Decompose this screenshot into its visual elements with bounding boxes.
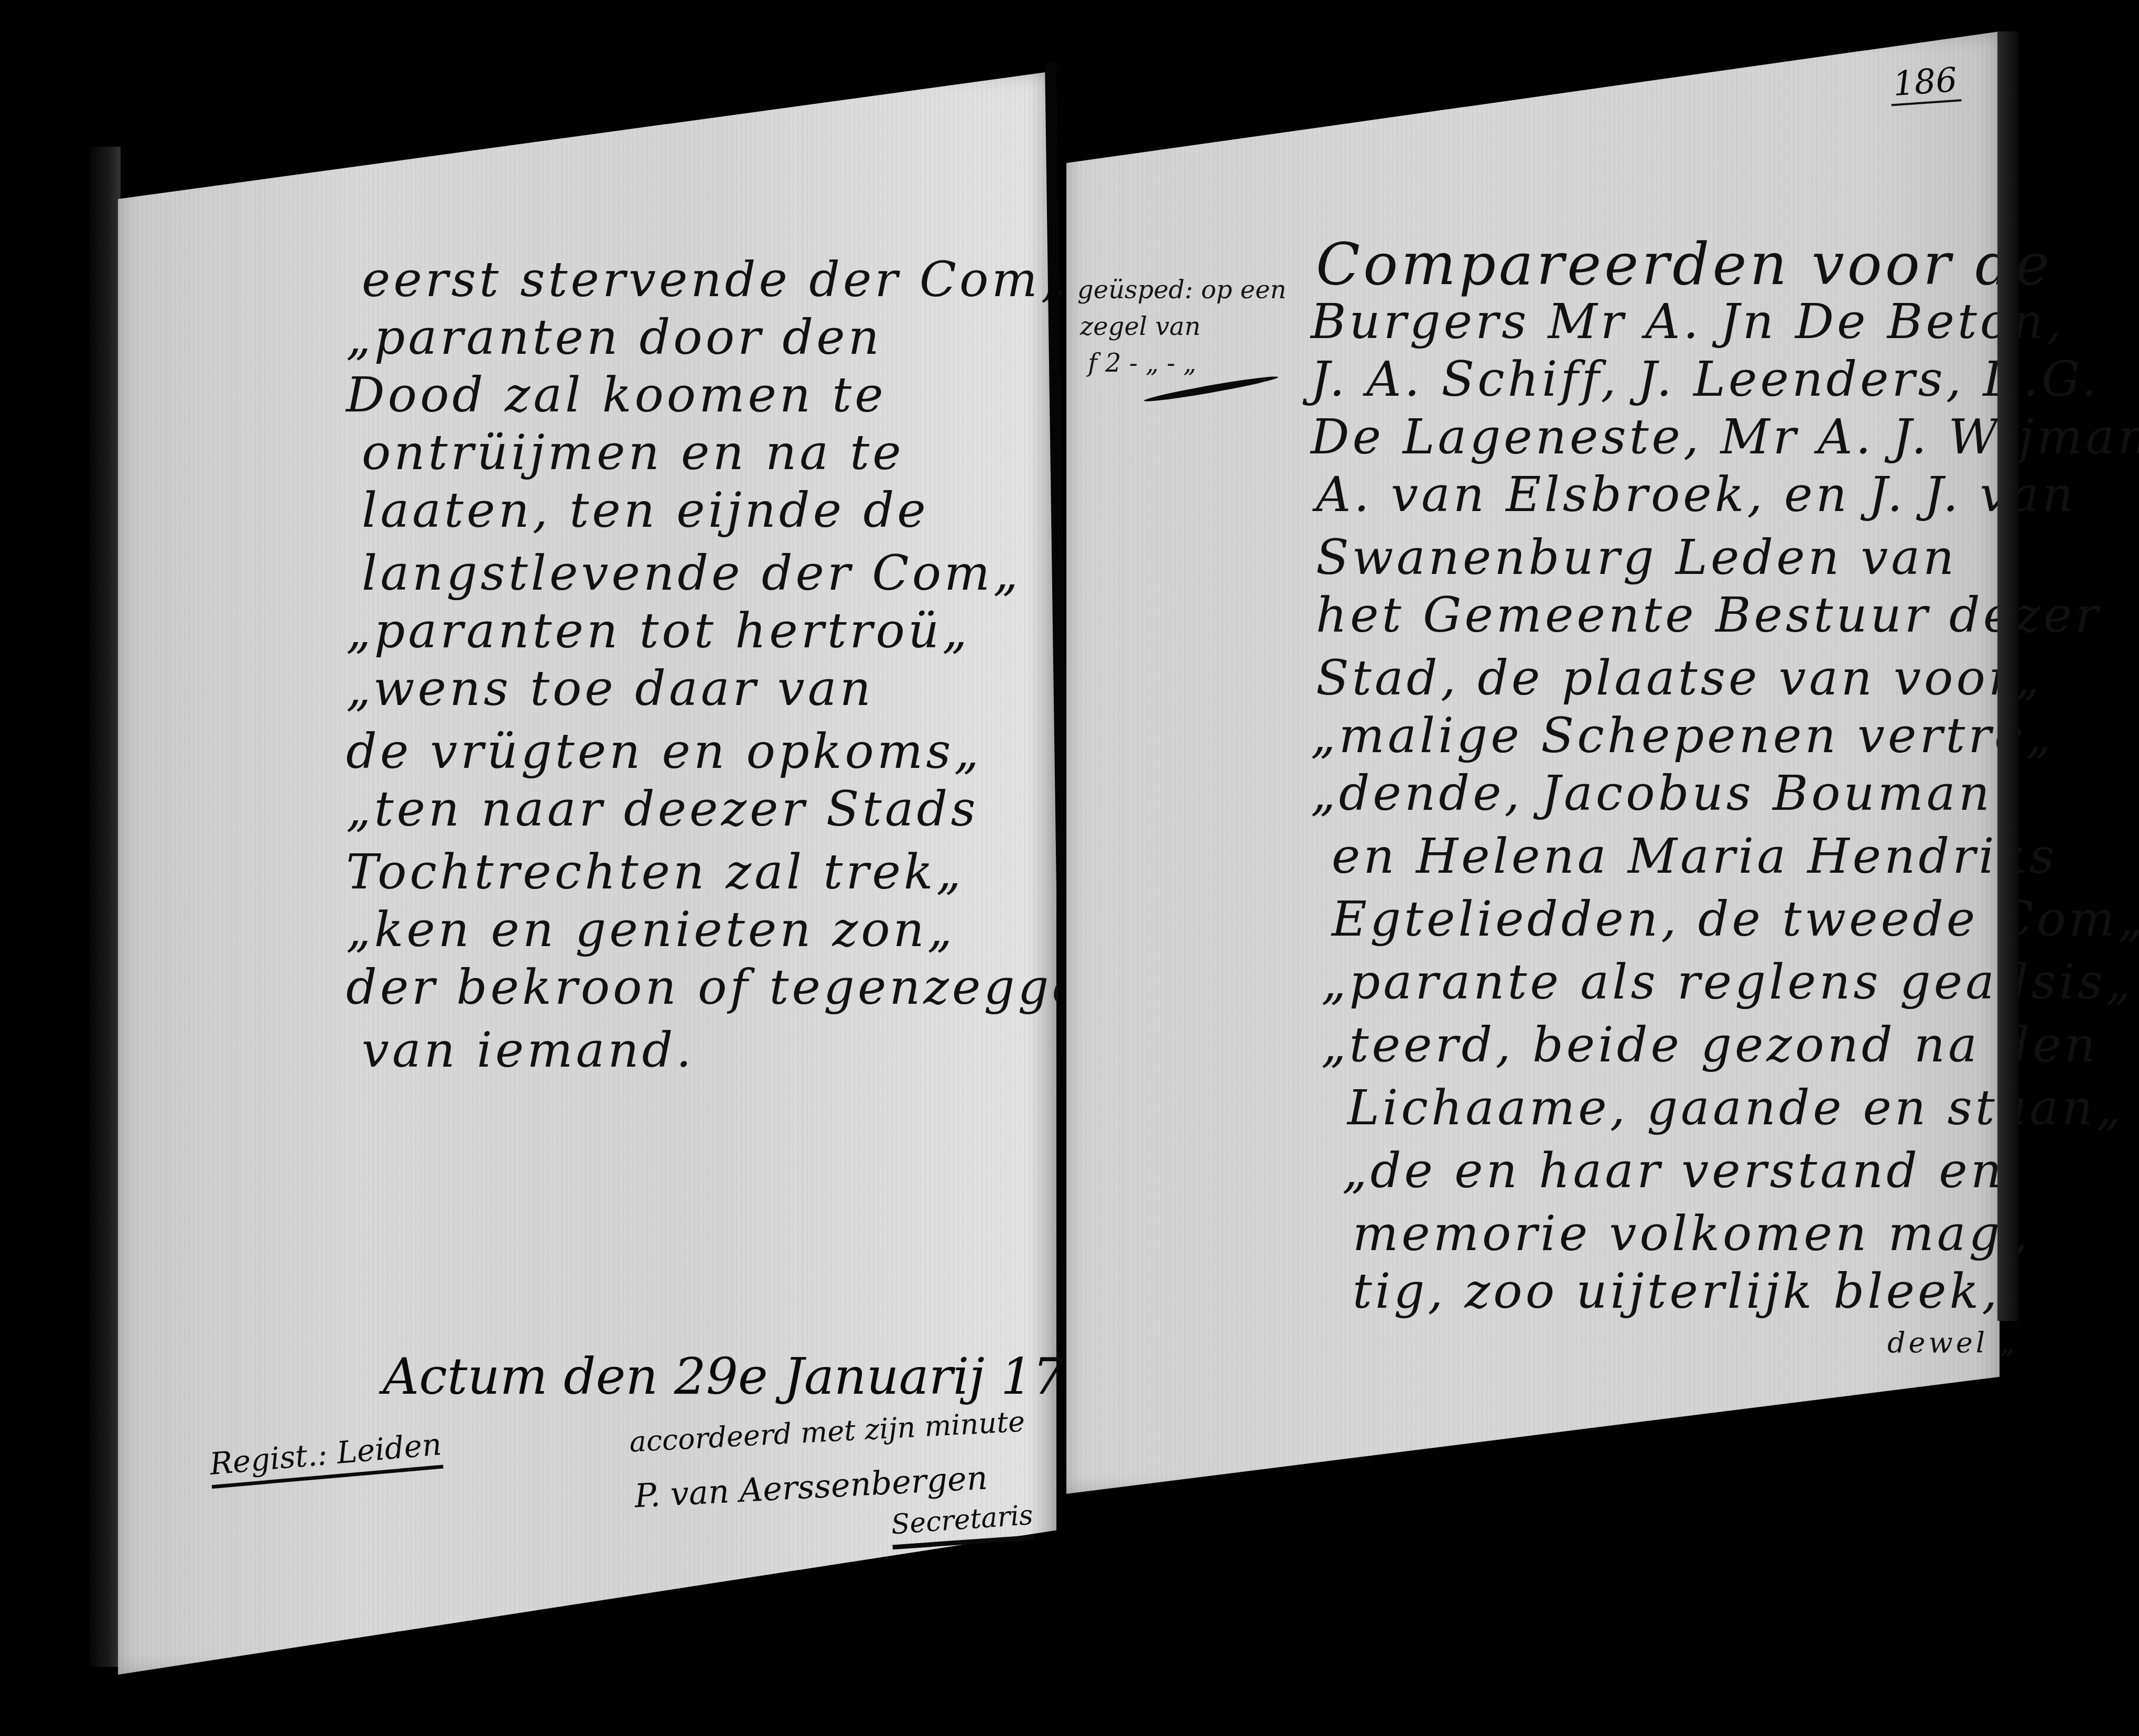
right-line-3: J. A. Schiff, J. Leenders, D.G. (1311, 351, 2100, 407)
left-line-3: Dood zal koomen te (346, 367, 887, 423)
book-edge-left (89, 147, 121, 1667)
left-line-14: van iemand. (362, 1022, 695, 1078)
right-line-8: Stad, de plaatse van voor„ (1316, 650, 2043, 706)
folio-number: 186 (1888, 60, 1961, 106)
left-line-12: „ken en genieten zon„ (346, 902, 955, 958)
margin-note-line-1: geüsped: op een (1077, 275, 1287, 305)
right-line-7: het Gemeente Bestuur dezer (1316, 587, 2101, 643)
book-edge-right (1997, 31, 2018, 1321)
left-line-8: „wens toe daar van (346, 660, 874, 717)
right-line-5: A. van Elsbroek, en J. J. van (1316, 466, 2076, 523)
right-line-10: „dende, Jacobus Bouman (1311, 765, 1993, 821)
left-line-7: „paranten tot hertroü„ (346, 603, 970, 659)
right-line-14: „teerd, beide gezond na den (1321, 1017, 2099, 1073)
actum-date-line: Actum den 29e Januarij 1799 (383, 1347, 1129, 1406)
right-line-6: Swanenburg Leden van (1316, 529, 1957, 585)
right-line-1: Compareerden voor de (1316, 231, 2052, 298)
left-line-11: Tochtrechten zal trek„ (346, 844, 964, 900)
margin-note-line-3: f 2 - „ - „ (1088, 349, 1196, 378)
margin-note-line-2: zegel van (1080, 312, 1201, 341)
left-line-5: laaten, ten eijnde de (362, 482, 929, 538)
scanned-book-spread: eerst stervende der Com„ „paranten door … (0, 0, 2139, 1736)
catchword: dewel „ (1887, 1326, 2018, 1359)
right-line-17: memorie volkomen mag„ (1353, 1206, 2031, 1262)
left-line-4: ontrüijmen en na te (362, 425, 904, 481)
left-line-6: langstlevende der Com„ (362, 545, 1021, 601)
right-line-11: en Helena Maria Hendriks (1332, 828, 2058, 884)
right-line-16: „de en haar verstand en (1342, 1143, 2005, 1199)
left-line-9: de vrügten en opkoms„ (346, 723, 982, 779)
left-line-1: eerst stervende der Com„ (362, 252, 1068, 308)
left-line-13: der bekroon of tegenzeggen (346, 959, 1118, 1015)
left-line-10: „ten naar deezer Stads (346, 781, 979, 837)
right-line-9: „malige Schepenen vertre„ (1311, 708, 2054, 764)
right-line-18: tig, zoo uijterlijk bleek, (1353, 1263, 2000, 1319)
right-line-2: Burgers Mr A. Jn De Beton, (1311, 294, 2065, 350)
left-line-2: „paranten door den (346, 309, 882, 365)
